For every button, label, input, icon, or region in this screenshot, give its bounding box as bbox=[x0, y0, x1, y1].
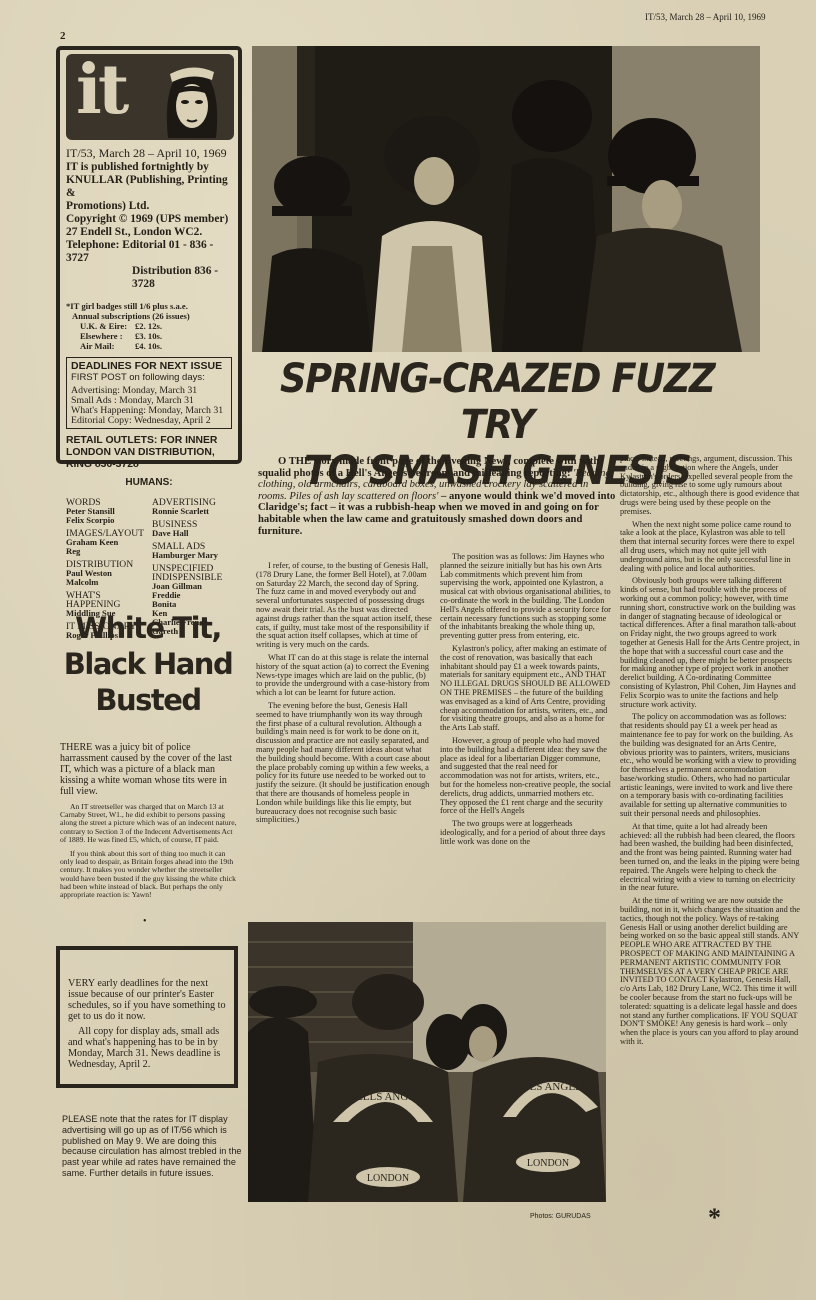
article-column-1: I refer, of course, to the busting of Ge… bbox=[256, 562, 432, 829]
retail-outlets: RETAIL OUTLETS: FOR INNER LONDON VAN DIS… bbox=[66, 435, 232, 471]
subscription-rate: U.K. & Eire:£2. 12s. bbox=[66, 321, 232, 331]
masthead-box: it IT/53, March 28 – April 10, 1969 IT i… bbox=[56, 46, 242, 464]
subscriptions: Annual subscriptions (26 issues) U.K. & … bbox=[66, 311, 232, 351]
subscription-rate: Air Mail:£4. 10s. bbox=[66, 341, 232, 351]
it-logo: it bbox=[66, 54, 234, 140]
svg-text:HELLS ANGELS: HELLS ANGELS bbox=[508, 1081, 588, 1093]
humans-title: HUMANS: bbox=[66, 477, 232, 488]
main-article-intro: O THE story made front page of the Eveni… bbox=[258, 456, 616, 537]
publisher-info: IT is published fortnightly by KNULLAR (… bbox=[66, 161, 232, 291]
badges-note: *IT girl badges still 1/6 plus s.a.e. bbox=[66, 301, 232, 311]
page-number: 2 bbox=[60, 30, 66, 42]
side-article-lead: THERE was a juicy bit of police harrassm… bbox=[60, 742, 240, 797]
photo-illustration bbox=[252, 46, 760, 352]
end-bullet: • bbox=[143, 916, 147, 927]
photo-credit: Photos: GURUDAS bbox=[530, 1213, 591, 1220]
svg-text:LONDON: LONDON bbox=[367, 1173, 409, 1184]
subscription-rate: Elsewhere :£3. 10s. bbox=[66, 331, 232, 341]
police-arrest-photo bbox=[252, 46, 760, 352]
deadlines-box: DEADLINES FOR NEXT ISSUE FIRST POST on f… bbox=[66, 357, 232, 429]
svg-text:LONDON: LONDON bbox=[527, 1158, 569, 1169]
side-article-body: THERE was a juicy bit of police harrassm… bbox=[60, 742, 240, 899]
photo-illustration: HELLS ANGELS LONDON HELLS ANGELS LONDON bbox=[248, 922, 606, 1202]
logo-text: it bbox=[76, 54, 125, 130]
running-head: IT/53, March 28 – April 10, 1969 bbox=[645, 12, 766, 22]
ad-rates-notice: PLEASE note that the rates for IT displa… bbox=[62, 1114, 242, 1179]
issue-line: IT/53, March 28 – April 10, 1969 bbox=[66, 146, 232, 161]
article-column-3: place: instead, meetings, argument, disc… bbox=[620, 455, 800, 1051]
svg-text:HELLS ANGELS: HELLS ANGELS bbox=[348, 1091, 428, 1103]
early-deadlines-notice: VERY early deadlines for the next issue … bbox=[56, 946, 238, 1088]
it-girl-face-icon bbox=[162, 60, 222, 138]
hells-angels-photo: HELLS ANGELS LONDON HELLS ANGELS LONDON bbox=[248, 922, 606, 1202]
end-asterisk: * bbox=[708, 1203, 721, 1233]
article-column-2: The position was as follows: Jim Haynes … bbox=[440, 553, 612, 851]
side-article-headline: White Tit, Black Hand Busted bbox=[62, 610, 234, 718]
